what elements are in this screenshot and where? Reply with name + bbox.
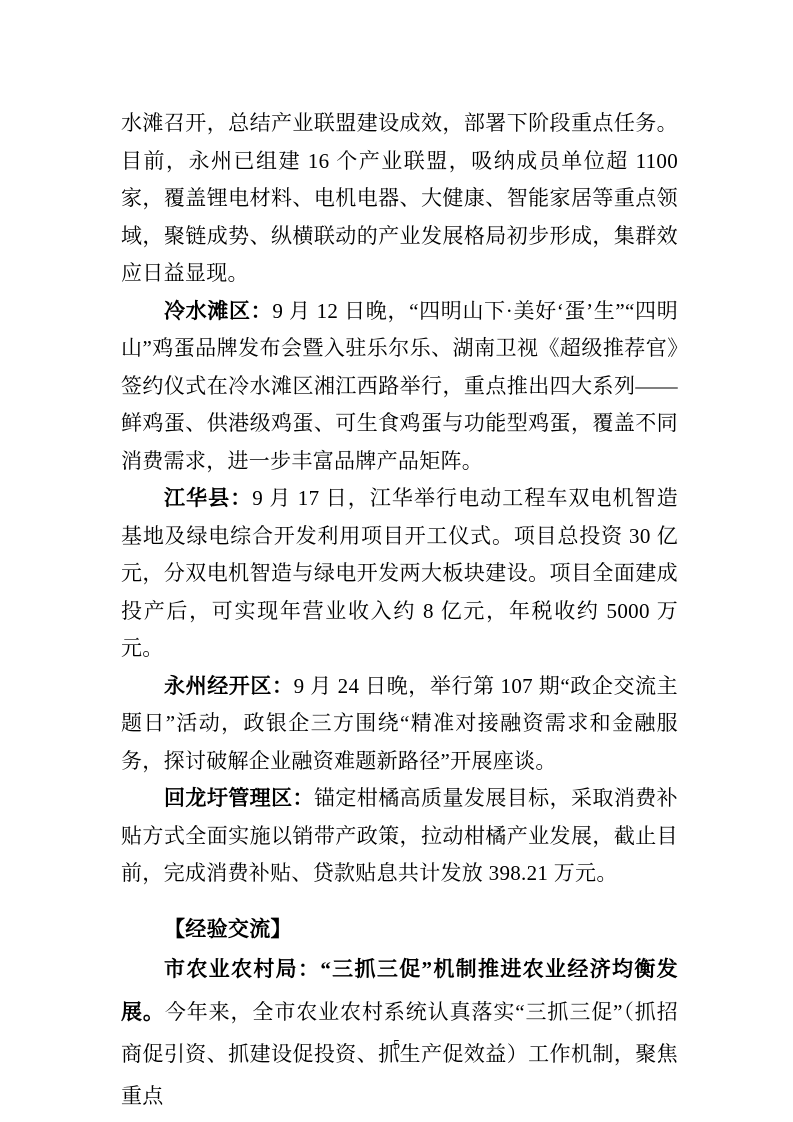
paragraph-lead-lengshuitan: 冷水滩区： [164, 300, 272, 323]
paragraph-lead-jianghua: 江华县： [164, 487, 252, 510]
paragraph-text: 水滩召开，总结产业联盟建设成效，部署下阶段重点任务。目前，永州已组建 16 个产… [121, 111, 678, 285]
document-body: 水滩召开，总结产业联盟建设成效，部署下阶段重点任务。目前，永州已组建 16 个产… [121, 105, 678, 1117]
paragraph-continuation: 水滩召开，总结产业联盟建设成效，部署下阶段重点任务。目前，永州已组建 16 个产… [121, 105, 678, 293]
paragraph-huilongyu: 回龙圩管理区：锚定柑橘高质量发展目标，采取消费补贴方式全面实施以销带产政策，拉动… [121, 780, 678, 893]
paragraph-lead-nongye: 市农业农村局： [164, 958, 320, 981]
paragraph-text: 今年来，全市农业农村系统认真落实“三抓三促”（抓招商促引资、抓建设促投资、抓生产… [121, 1000, 678, 1108]
document-page: 水滩召开，总结产业联盟建设成效，部署下阶段重点任务。目前，永州已组建 16 个产… [0, 0, 793, 1122]
paragraph-lead-huilongyu: 回龙圩管理区： [164, 787, 314, 810]
paragraph-lead-jingkaiqu: 永州经开区： [164, 675, 294, 698]
section-heading-text: 【经验交流】 [164, 918, 292, 941]
paragraph-text: 9 月 12 日晚，“四明山下·美好‘蛋’生”“四明山”鸡蛋品牌发布会暨入驻乐尔… [121, 299, 678, 473]
paragraph-text: 9 月 17 日，江华举行电动工程车双电机智造基地及绿电综合开发利用项目开工仪式… [121, 486, 678, 660]
paragraph-jingkaiqu: 永州经开区：9 月 24 日晚，举行第 107 期“政企交流主题日”活动，政银企… [121, 668, 678, 781]
page-number: 5 [0, 1038, 793, 1054]
section-heading-experience-exchange: 【经验交流】 [121, 911, 678, 949]
paragraph-lengshuitan: 冷水滩区：9 月 12 日晚，“四明山下·美好‘蛋’生”“四明山”鸡蛋品牌发布会… [121, 293, 678, 481]
paragraph-nongye: 市农业农村局：“三抓三促”机制推进农业经济均衡发展。今年来，全市农业农村系统认真… [121, 948, 678, 1117]
paragraph-jianghua: 江华县：9 月 17 日，江华举行电动工程车双电机智造基地及绿电综合开发利用项目… [121, 480, 678, 668]
